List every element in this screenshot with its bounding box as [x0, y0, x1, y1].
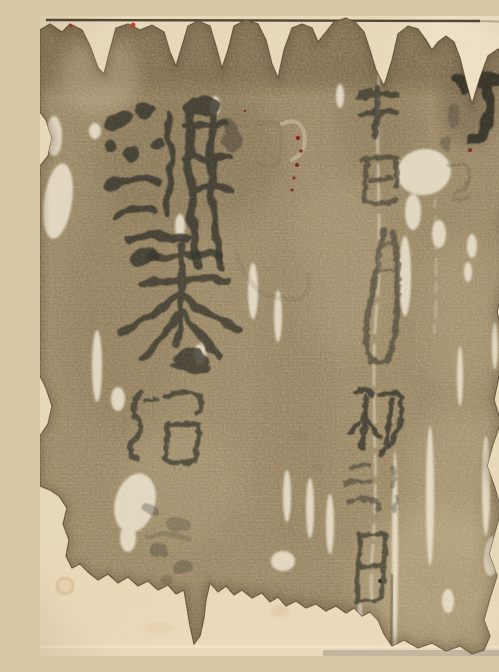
manuscript-photo-svg — [40, 16, 499, 656]
manuscript-photo: 丁巳 / 年正月初三日 / 雜素給□ — [40, 16, 499, 656]
photo-vignette — [40, 16, 499, 656]
